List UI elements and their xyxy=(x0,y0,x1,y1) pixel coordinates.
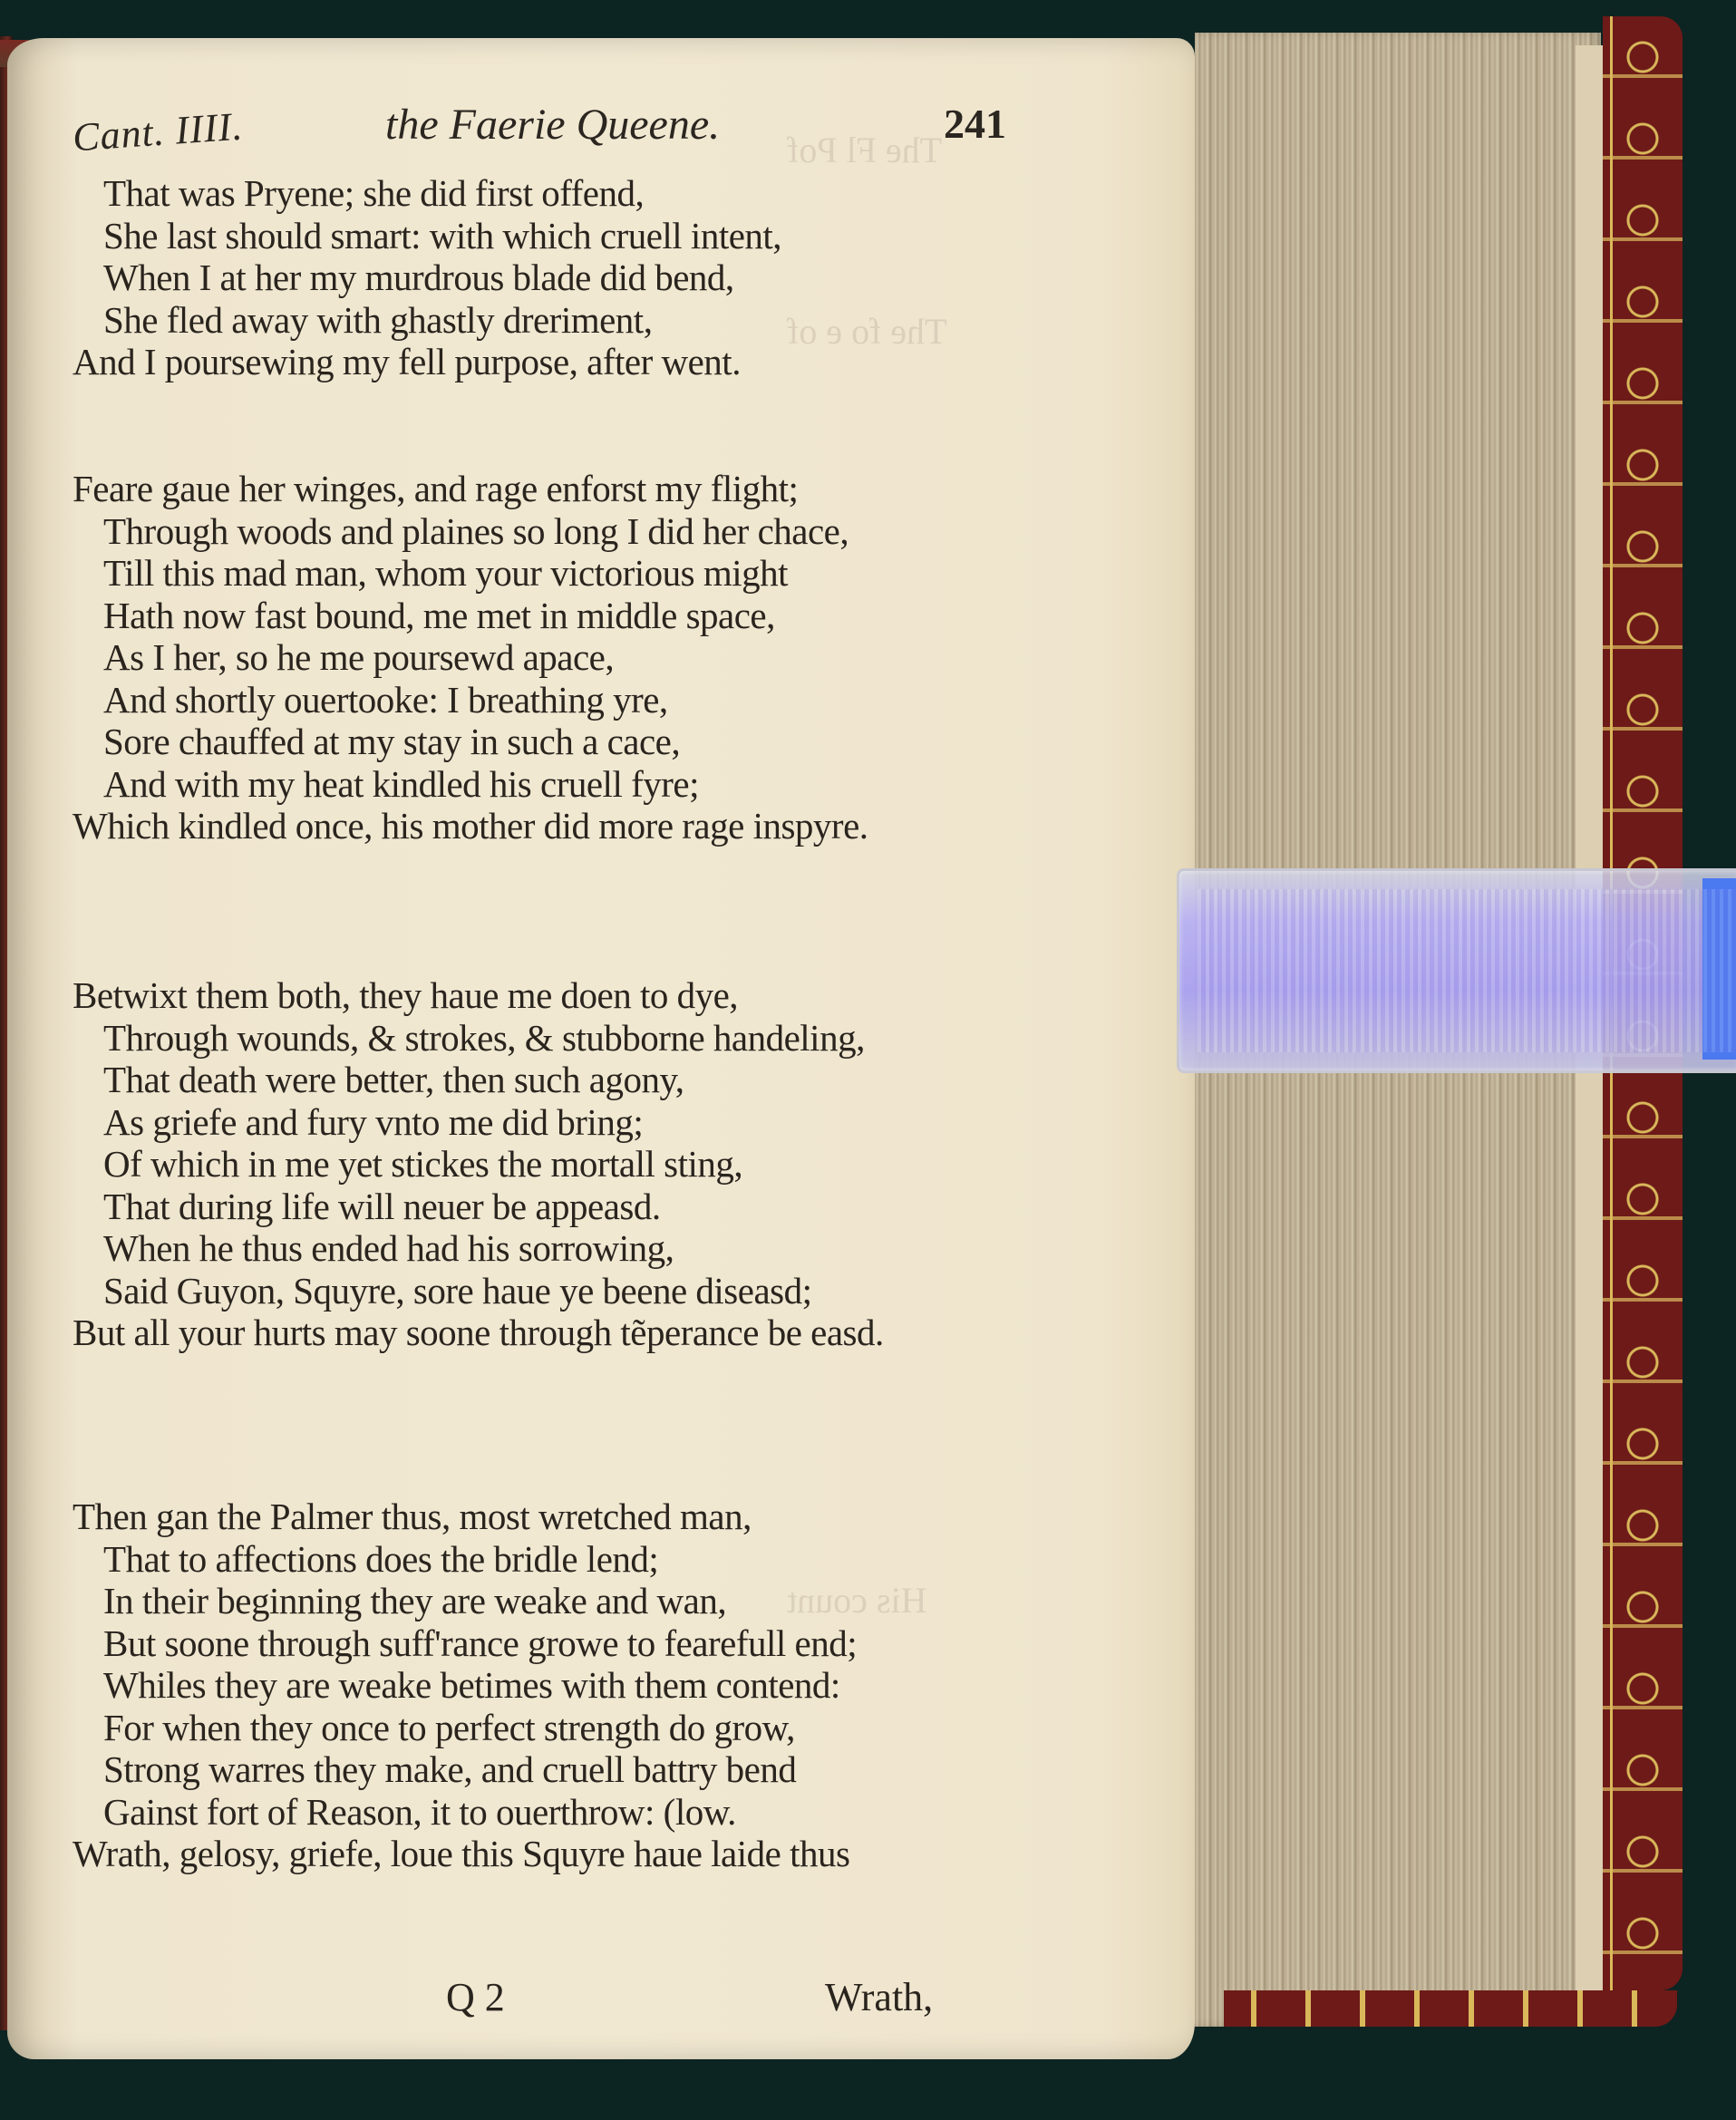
signature-mark: Q 2 xyxy=(446,1974,505,2020)
stanza-4: Then gan the Palmer thus, most wretched … xyxy=(73,1496,1015,1875)
verse-line: Said Guyon, Squyre, sore haue ye beene d… xyxy=(73,1270,1015,1312)
verse-line: For when they once to perfect strength d… xyxy=(73,1707,1015,1749)
verse-line: Whiles they are weake betimes with them … xyxy=(73,1664,1015,1707)
verse-line: That during life will neuer be appeasd. xyxy=(73,1186,1015,1228)
verse-line: When he thus ended had his sorrowing, xyxy=(73,1227,1015,1270)
verse-line: In their beginning they are weake and wa… xyxy=(73,1580,1015,1622)
verse-line: When I at her my murdrous blade did bend… xyxy=(73,257,1015,299)
verse-line: Sore chauffed at my stay in such a cace, xyxy=(73,721,1015,763)
verse-line: Hath now fast bound, me met in middle sp… xyxy=(73,595,1015,637)
verse-line: She fled away with ghastly dreriment, xyxy=(73,299,1015,342)
verse-line: That death were better, then such agony, xyxy=(73,1059,1015,1101)
verse-line: That to affections does the bridle lend; xyxy=(73,1538,1015,1581)
catchword: Wrath, xyxy=(825,1974,933,2020)
gilt-bottom-border xyxy=(1224,1990,1677,2027)
acrylic-page-weight xyxy=(1177,868,1736,1073)
stanza-2: Feare gaue her winges, and rage enforst … xyxy=(73,468,1015,847)
verse-line: And shortly ouertooke: I breathing yre, xyxy=(73,679,1015,721)
running-title: the Faerie Queene. xyxy=(385,100,720,150)
stanza-3: Betwixt them both, they haue me doen to … xyxy=(73,974,1015,1354)
verse-line: Feare gaue her winges, and rage enforst … xyxy=(73,468,1015,510)
verse-line: Then gan the Palmer thus, most wretched … xyxy=(73,1496,1015,1538)
page-number: 241 xyxy=(944,100,1006,148)
verse-line: And with my heat kindled his cruell fyre… xyxy=(73,763,1015,806)
stanza-1: That was Pryene; she did first offend, S… xyxy=(73,172,1015,383)
verse-line: But all your hurts may soone through tẽp… xyxy=(73,1312,1015,1354)
verse-line: Strong warres they make, and cruell batt… xyxy=(73,1748,1015,1791)
verse-line: Gainst fort of Reason, it to ouerthrow: … xyxy=(73,1791,1015,1834)
verse-line: Of which in me yet stickes the mortall s… xyxy=(73,1143,1015,1186)
verse-line: Wrath, gelosy, griefe, loue this Squyre … xyxy=(73,1833,1015,1875)
verse-line: Through wounds, & strokes, & stubborne h… xyxy=(73,1017,1015,1060)
verse-line: Through woods and plaines so long I did … xyxy=(73,510,1015,553)
verse-line: As griefe and fury vnto me did bring; xyxy=(73,1101,1015,1144)
canto-label: Cant. IIII. xyxy=(71,102,244,160)
running-head: Cant. IIII. the Faerie Queene. 241 xyxy=(73,100,1006,172)
verse-line: Betwixt them both, they haue me doen to … xyxy=(73,974,1015,1017)
page-weight-tip xyxy=(1702,878,1736,1060)
verse-line: But soone through suff'rance growe to fe… xyxy=(73,1622,1015,1665)
verse-line: And I poursewing my fell purpose, after … xyxy=(73,341,1015,383)
verse-line: She last should smart: with which cruell… xyxy=(73,215,1015,257)
verse-line: Which kindled once, his mother did more … xyxy=(73,805,1015,847)
page-footer: Q 2 Wrath, xyxy=(73,1974,1015,2028)
verse-line: Till this mad man, whom your victorious … xyxy=(73,552,1015,595)
verse-line: As I her, so he me poursewd apace, xyxy=(73,636,1015,679)
verse-line: That was Pryene; she did first offend, xyxy=(73,172,1015,215)
